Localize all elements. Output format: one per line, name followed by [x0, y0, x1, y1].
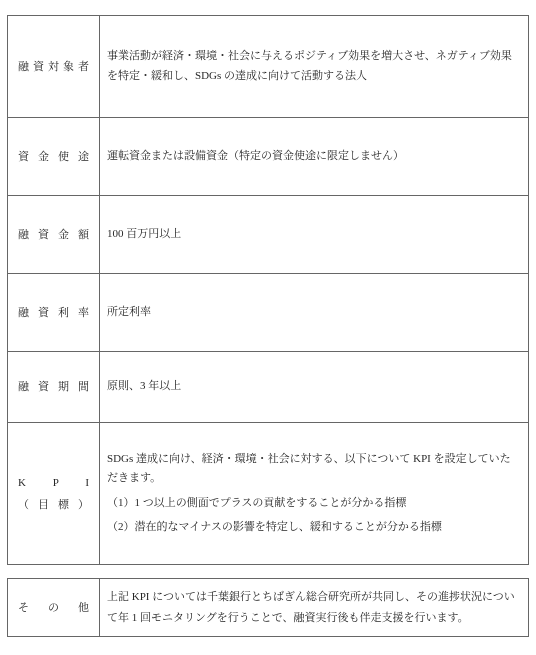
table-row-loan-term: 融資期間 原則、3 年以上	[8, 352, 528, 423]
row-label: 融資金額	[18, 224, 89, 246]
row-content-cell: 所定利率	[100, 274, 528, 351]
loan-terms-table: 融資対象者 事業活動が経済・環境・社会に与えるポジティブ効果を増大させ、ネガティ…	[7, 15, 529, 565]
row-label-cell: 資金使途	[8, 118, 100, 195]
row-label-cell: 融資金額	[8, 196, 100, 273]
table-row-borrower: 融資対象者 事業活動が経済・環境・社会に与えるポジティブ効果を増大させ、ネガティ…	[8, 16, 528, 118]
kpi-intro-text: SDGs 達成に向け、経済・環境・社会に対する、以下について KPI を設定して…	[107, 450, 520, 489]
row-content: 所定利率	[107, 303, 520, 322]
row-content-cell: 原則、3 年以上	[100, 352, 528, 422]
row-label: その他	[18, 597, 89, 619]
document-page: 融資対象者 事業活動が経済・環境・社会に与えるポジティブ効果を増大させ、ネガティ…	[0, 0, 536, 655]
row-content: 運転資金または設備資金（特定の資金使途に限定しません）	[107, 147, 520, 166]
row-content-cell: 事業活動が経済・環境・社会に与えるポジティブ効果を増大させ、ネガティブ効果を特定…	[100, 16, 528, 117]
row-label-cell: その他	[8, 579, 100, 636]
row-content: 100 百万円以上	[107, 225, 520, 244]
table-row-interest-rate: 融資利率 所定利率	[8, 274, 528, 352]
row-content: 原則、3 年以上	[107, 377, 520, 396]
row-label: 資金使途	[18, 146, 89, 168]
row-label: 融資利率	[18, 302, 89, 324]
row-label-cell: 融資対象者	[8, 16, 100, 117]
other-notes-table: その他 上記 KPI については千葉銀行とちばぎん総合研究所が共同し、その進捗状…	[7, 578, 529, 637]
kpi-item-1: （1）1 つ以上の側面でプラスの貢献をすることが分かる指標	[107, 494, 520, 513]
row-content-cell: 運転資金または設備資金（特定の資金使途に限定しません）	[100, 118, 528, 195]
row-content-cell: 上記 KPI については千葉銀行とちばぎん総合研究所が共同し、その進捗状況につい…	[100, 579, 528, 636]
row-label-cell: K P I （目標）	[8, 423, 100, 564]
table-row-kpi-target: K P I （目標） SDGs 達成に向け、経済・環境・社会に対する、以下につい…	[8, 423, 528, 564]
table-row-loan-amount: 融資金額 100 百万円以上	[8, 196, 528, 274]
row-content: 事業活動が経済・環境・社会に与えるポジティブ効果を増大させ、ネガティブ効果を特定…	[107, 47, 520, 86]
row-label: K P I （目標）	[18, 472, 89, 516]
row-content-cell: SDGs 達成に向け、経済・環境・社会に対する、以下について KPI を設定して…	[100, 423, 528, 564]
row-label-cell: 融資利率	[8, 274, 100, 351]
row-label: 融資期間	[18, 376, 89, 398]
table-row-use-of-funds: 資金使途 運転資金または設備資金（特定の資金使途に限定しません）	[8, 118, 528, 196]
row-content: 上記 KPI については千葉銀行とちばぎん総合研究所が共同し、その進捗状況につい…	[107, 587, 520, 629]
row-label: 融資対象者	[18, 56, 89, 78]
row-label-cell: 融資期間	[8, 352, 100, 422]
table-row-other: その他 上記 KPI については千葉銀行とちばぎん総合研究所が共同し、その進捗状…	[8, 579, 528, 636]
row-content-cell: 100 百万円以上	[100, 196, 528, 273]
kpi-item-2: （2）潜在的なマイナスの影響を特定し、緩和することが分かる指標	[107, 518, 520, 537]
